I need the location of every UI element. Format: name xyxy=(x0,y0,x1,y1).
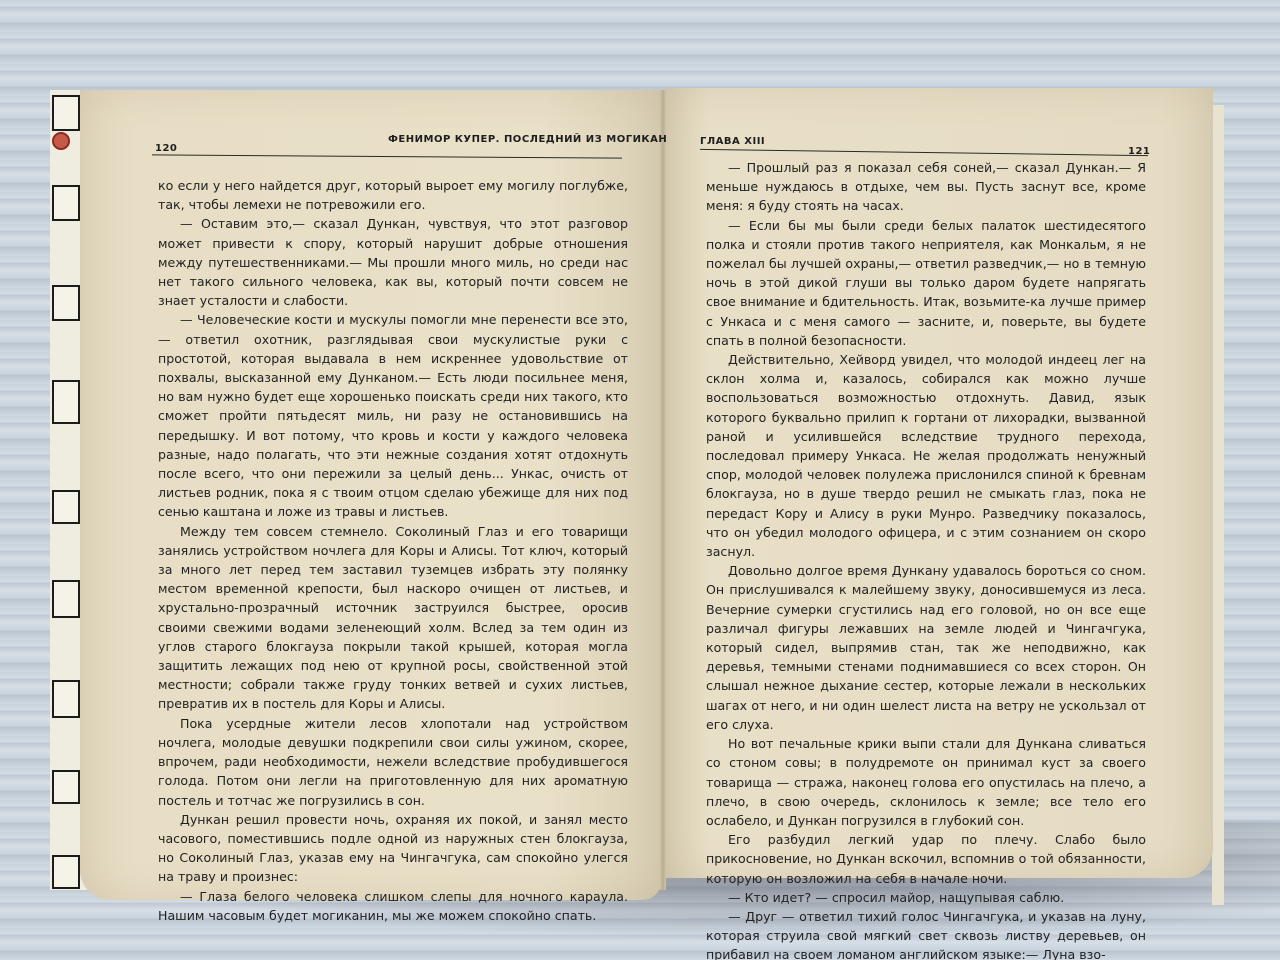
left-page-text: ко если у него найдется друг, который вы… xyxy=(158,176,628,925)
ornament-icon xyxy=(52,770,80,804)
ornament-icon xyxy=(52,855,80,889)
right-page-text: — Прошлый раз я показал себя соней,— ска… xyxy=(706,158,1146,960)
paragraph: — Глаза белого человека слишком слепы дл… xyxy=(158,887,628,925)
ornament-icon xyxy=(52,580,80,618)
ornament-icon xyxy=(52,380,80,424)
ornament-icon xyxy=(52,95,80,131)
ornament-icon xyxy=(52,490,80,524)
paragraph: Но вот печальные крики выпи стали для Ду… xyxy=(706,734,1146,830)
paragraph: — Друг — ответил тихий голос Чингачгука,… xyxy=(706,907,1146,960)
paragraph: — Оставим это,— сказал Дункан, чувствуя,… xyxy=(158,214,628,310)
paragraph: Пока усердные жители лесов хлопотали над… xyxy=(158,714,628,810)
paragraph: Его разбудил легкий удар по плечу. Слабо… xyxy=(706,830,1146,888)
right-running-head: ГЛАВА XIII xyxy=(700,136,765,147)
paragraph: — Прошлый раз я показал себя соней,— ска… xyxy=(706,158,1146,216)
paragraph: — Если бы мы были среди белых палаток ше… xyxy=(706,216,1146,350)
ornament-icon xyxy=(52,285,80,321)
ornament-icon xyxy=(52,132,70,150)
book-cover-right-edge xyxy=(1212,105,1224,905)
book-gutter xyxy=(660,90,666,890)
left-page-number: 120 xyxy=(155,143,177,154)
ornament-icon xyxy=(52,680,80,718)
paragraph: Довольно долгое время Дункану удавалось … xyxy=(706,561,1146,734)
paragraph: — Человеческие кости и мускулы помогли м… xyxy=(158,310,628,521)
paragraph: Действительно, Хейворд увидел, что молод… xyxy=(706,350,1146,561)
paragraph: Между тем совсем стемнело. Соколиный Гла… xyxy=(158,522,628,714)
paragraph: — Кто идет? — спросил майор, нащупывая с… xyxy=(706,888,1146,907)
paragraph: ко если у него найдется друг, который вы… xyxy=(158,176,628,214)
left-running-head: ФЕНИМОР КУПЕР. ПОСЛЕДНИЙ ИЗ МОГИКАН xyxy=(388,134,667,145)
ornament-icon xyxy=(52,185,80,221)
paragraph: Дункан решил провести ночь, охраняя их п… xyxy=(158,810,628,887)
